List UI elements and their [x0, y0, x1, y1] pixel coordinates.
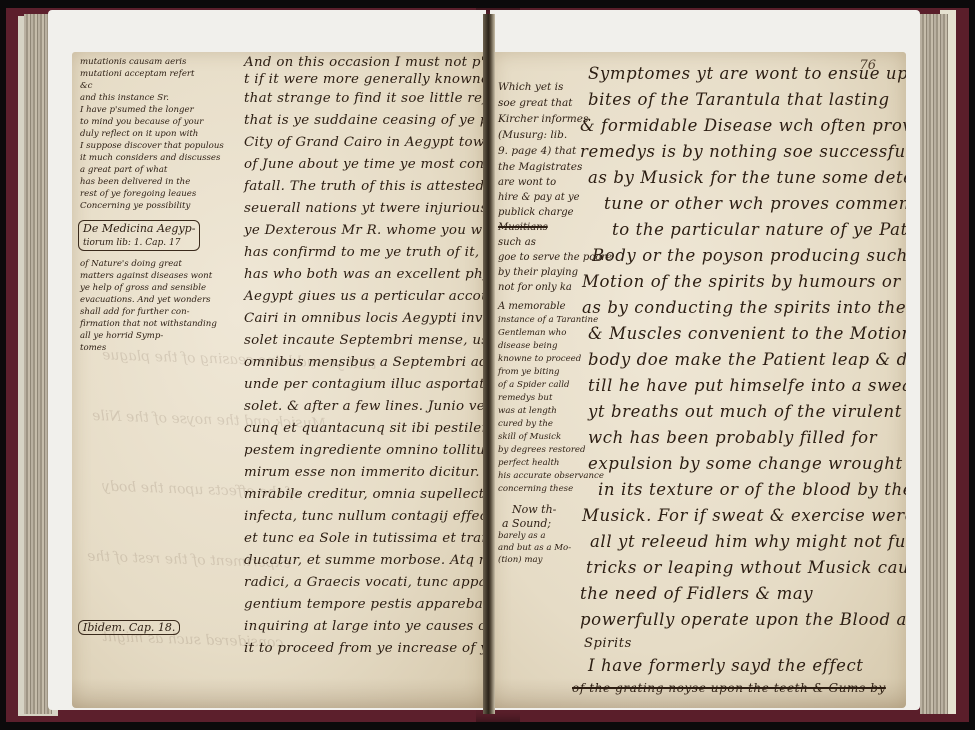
text-line: solet. & after a few lines. Junio vero m… — [244, 400, 484, 413]
text-line: Motion of the spirits by humours or both — [582, 274, 906, 291]
text-line: ducatur, et summe morbose. Atq morbi par… — [244, 554, 484, 567]
boxed-note-line: tiorum lib: 1. Cap. 17 — [83, 237, 195, 249]
text-line: omnibus mensibus a Septembri ad Junium u… — [244, 356, 484, 369]
text-line: all yt releeud him why might not furori — [590, 534, 906, 551]
margin-note: tomes — [80, 344, 106, 353]
margin-note: firmation that not withstanding — [80, 320, 217, 329]
text-line: bites of the Tarantula that lasting — [588, 92, 890, 109]
margin-note: the Magistrates — [498, 162, 582, 173]
margin-note: and this instance Sr. — [80, 94, 169, 103]
margin-note: such as — [498, 238, 536, 248]
margin-note: 9. page 4) that — [498, 146, 576, 157]
text-line: powerfully operate upon the Blood and — [580, 612, 906, 629]
margin-note-struck: Musitians — [498, 223, 548, 233]
text-line: solet incaute Septembri mense, usq ad Ju… — [244, 334, 484, 347]
margin-note: his accurate observance — [498, 472, 604, 481]
margin-note: (Musurg: lib. — [498, 130, 567, 141]
margin-note: concerning these — [498, 485, 573, 494]
margin-note: I suppose discover that populous — [80, 142, 224, 151]
text-line: as by conducting the spirits into the Ne… — [582, 300, 906, 317]
text-line: that strange to find it soe little refle… — [244, 92, 484, 105]
manuscript-leaf-left: that ye suddaine ceasing of the plague M… — [72, 52, 484, 708]
text-line: & formidable Disease wch often proves al… — [580, 118, 906, 135]
text-line: et tunc ea Sole in tutissima et tranquil… — [244, 532, 484, 545]
margin-note: soe great that — [498, 98, 573, 109]
text-line: Body or the poyson producing such a — [592, 248, 906, 265]
margin-note: shall add for further con- — [80, 308, 190, 317]
margin-note: and but as a Mo- — [498, 544, 571, 553]
margin-note: mutationi acceptam refert — [80, 70, 194, 79]
text-line: tune or other wch proves commensurate — [604, 196, 906, 213]
margin-note: a great part of what — [80, 166, 167, 175]
text-line: the need of Fidlers & may — [580, 586, 813, 603]
text-line: radici, a Graecis vocati, tunc apparere … — [244, 576, 484, 589]
margin-note: A memorable — [498, 302, 566, 312]
text-line: it to proceed from ye increase of ye Nil… — [244, 642, 484, 655]
text-line: Aegypt giues us a perticular account of … — [244, 290, 484, 303]
margin-note: hire & pay at ye — [498, 193, 580, 203]
text-line: gentium tempore pestis apparebant. And i… — [244, 598, 484, 611]
margin-note: evacuations. And yet wonders — [80, 296, 211, 305]
text-line: unde per contagium illuc asportata eam g… — [244, 378, 484, 391]
text-line: seuerall nations yt twere injurious to d… — [244, 202, 484, 215]
text-line: as by Musick for the tune some determin — [588, 170, 906, 187]
margin-note: &c — [80, 82, 92, 91]
text-line: pestem ingrediente omnino tollitur, quod… — [244, 444, 484, 457]
margin-note: from ye biting — [498, 368, 560, 377]
margin-note: ye help of gross and sensible — [80, 284, 206, 293]
margin-note: of Nature's doing great — [80, 260, 182, 269]
manuscript-leaf-right: 76 Which yet is soe great that Kircher i… — [492, 52, 906, 708]
text-line: to the particular nature of ye Patients — [612, 222, 906, 239]
text-line: has who both was an excellent physician … — [244, 268, 484, 281]
margin-note: Now th- — [512, 504, 556, 515]
text-line: of June about ye time ye most contagious… — [244, 158, 484, 171]
text-line: City of Grand Cairo in Aegypt toward ye … — [244, 136, 484, 149]
margin-note: Concerning ye possibility — [80, 202, 190, 211]
margin-note: I have p'sumed the longer — [80, 106, 194, 115]
margin-note: duly reflect on it upon with — [80, 130, 198, 139]
margin-note: was at length — [498, 407, 557, 416]
text-line: Musick. For if sweat & exercise were — [582, 508, 906, 525]
margin-note: Which yet is — [498, 82, 563, 93]
margin-note: not for only ka — [498, 283, 572, 293]
text-line: wch has been probably filled for — [588, 430, 877, 447]
margin-note: matters against diseases wont — [80, 272, 212, 281]
margin-note: knowne to proceed — [498, 355, 581, 364]
margin-note: remedys but — [498, 394, 552, 403]
margin-note: a Sound; — [502, 518, 551, 529]
margin-note: to mind you because of your — [80, 118, 203, 127]
margin-note: (tion) may — [498, 556, 542, 565]
text-line: fatall. The truth of this is attested by… — [244, 180, 484, 193]
margin-note: cured by the — [498, 420, 553, 429]
margin-note: are wont to — [498, 178, 556, 188]
margin-note: by their playing — [498, 268, 578, 278]
margin-note: rest of ye foregoing leaues — [80, 190, 196, 199]
margin-note: disease being — [498, 342, 557, 351]
margin-note: publick charge — [498, 208, 574, 218]
margin-note: mutationis causam aeris — [80, 58, 186, 67]
text-line: Spirits — [584, 637, 632, 650]
text-line: & Muscles convenient to the Motion of th… — [588, 326, 906, 343]
boxed-reference-note: De Medicina Aegyp- tiorum lib: 1. Cap. 1… — [78, 220, 200, 251]
text-line: till he have put himselfe into a sweat — [588, 378, 906, 395]
margin-note: perfect health — [498, 459, 559, 468]
text-line: Cairi in omnibus locis Aegypti invadere … — [244, 312, 484, 325]
text-line: in its texture or of the blood by the — [598, 482, 906, 499]
text-line: has confirmd to me ye truth of it, but y… — [244, 246, 484, 259]
text-line: expulsion by some change wrought — [588, 456, 903, 473]
text-line: mirabile creditur, omnia supellectilia, … — [244, 488, 484, 501]
margin-note: barely as a — [498, 532, 546, 541]
margin-note: it much considers and discusses — [80, 154, 220, 163]
text-line: cunq et quantacunq sit ibi pestilentia, … — [244, 422, 484, 435]
text-line: mirum esse non immerito dicitur. Sed quo… — [244, 466, 484, 479]
page-shadow — [72, 678, 484, 708]
text-line: ye Dexterous Mr R. whome you will know b… — [244, 224, 484, 237]
text-line: I have formerly sayd the effect — [588, 658, 864, 675]
margin-note: of a Spider calld — [498, 381, 569, 390]
text-line: inquiring at large into ye causes of thi… — [244, 620, 484, 633]
text-line: remedys is by nothing soe successfully o… — [580, 144, 906, 161]
book-gutter — [483, 14, 495, 714]
boxed-reference-note: Ibidem. Cap. 18. — [78, 620, 180, 635]
text-line: body doe make the Patient leap & dance — [588, 352, 906, 369]
margin-note: has been delivered in the — [80, 178, 190, 187]
margin-note: skill of Musick — [498, 433, 561, 442]
text-line: tricks or leaping wthout Musick cause — [586, 560, 906, 577]
margin-note: by degrees restored — [498, 446, 586, 455]
margin-note: Kircher informes — [498, 114, 588, 125]
page-stack-right — [920, 14, 948, 714]
boxed-note-line: De Medicina Aegyp- — [83, 222, 195, 237]
margin-note: instance of a Tarantine — [498, 316, 598, 325]
text-line: yt breaths out much of the virulent matt… — [588, 404, 906, 421]
text-line: And on this occasion I must not p'termit… — [244, 56, 484, 69]
margin-note: all ye horrid Symp- — [80, 332, 163, 341]
page-shadow — [492, 678, 906, 708]
text-line: that is ye suddaine ceasing of ye plague… — [244, 114, 484, 127]
text-line: t if it were more generally knowne in Eu… — [244, 73, 484, 86]
text-line: infecta, tunc nullum contagij effectum i… — [244, 510, 484, 523]
margin-note: Gentleman who — [498, 329, 566, 338]
text-line: Symptomes yt are wont to ensue upon the — [588, 66, 906, 83]
